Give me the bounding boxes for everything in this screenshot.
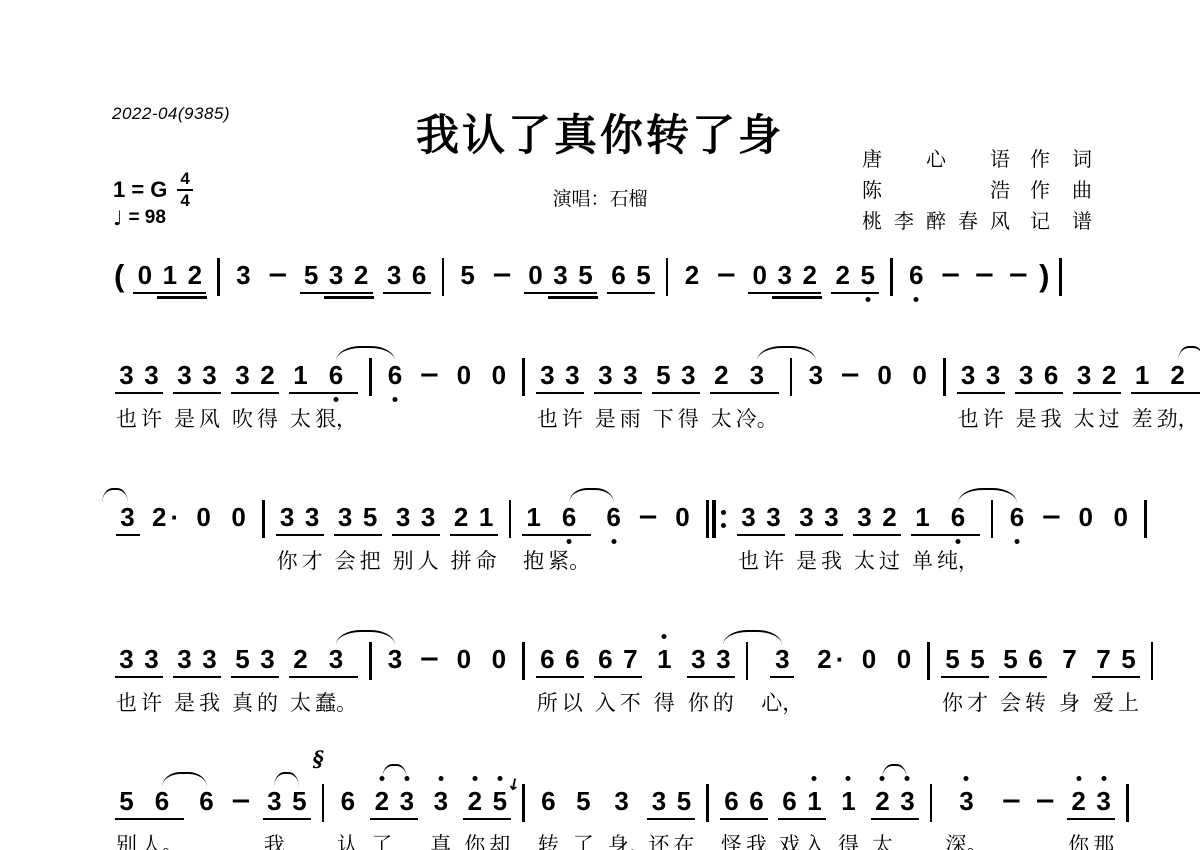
tie-arc [1178,346,1200,361]
note: 6入 [593,644,618,716]
note: 5↓却 [487,786,512,850]
note: 3还 [646,786,671,850]
note-digit: 2 [875,786,889,816]
note-digit: 6 [909,260,923,290]
note-digit: 6 [541,786,555,816]
note: 3蠢。 [313,644,359,716]
beam-group: 3吹2得 [230,360,280,432]
note: 6 [904,260,929,290]
note: 6戏 [777,786,802,850]
repeat-dot [721,523,726,528]
lyric: 也 [116,406,137,432]
beam-group: 3是3我 [172,644,222,716]
note-digit: 2 [454,502,468,532]
note: 6以 [560,644,585,716]
lyric: 差 [1132,406,1153,432]
credit-name-char: 醉 [926,205,946,234]
note-digit: 1 [1135,360,1149,390]
note: 6转 [536,786,561,850]
beam-group: 3是3雨 [593,360,643,432]
note-digit: 1 [163,260,177,290]
note: 3许 [981,360,1006,432]
lyric: 爱 [1093,690,1114,716]
lyric: 心， [761,690,803,716]
note-digit: 3 [777,260,791,290]
note-digit: 3 [799,502,813,532]
note: 3是 [172,360,197,432]
note-digit: 5 [1003,644,1017,674]
beam-group: 6戏1入 [777,786,827,850]
beam-group: 1抱6紧。 [521,502,592,574]
note-digit: 3 [691,644,705,674]
barline [369,642,372,680]
tie-arc [162,772,207,787]
note-digit: 6 [329,360,343,390]
lyric: 不 [620,690,641,716]
lyric: 过 [1099,406,1120,432]
barline [262,500,265,538]
note: 5在 [671,786,696,850]
beam-group: 25 [830,260,880,290]
octave-dot-above [662,634,667,639]
lyric: 得 [678,406,699,432]
note: 1得 [652,644,677,716]
note: 1差 [1130,360,1155,432]
rest-note: 0 [907,360,932,390]
note-digit: 6 [606,502,620,532]
barline [1059,258,1062,296]
lyric: 我 [746,832,767,850]
note: 6 [606,260,631,290]
note: 5 [455,260,480,290]
sixteenth-beam: 32 [772,260,822,290]
octave-dot-above [438,776,443,781]
lyric: 你 [464,832,485,850]
barline [746,642,749,680]
beam-group: 2你3那 [1066,786,1116,850]
lyric: 也 [738,548,759,574]
credit-name-char: 浩 [990,174,1010,203]
beam-group: 5别6人。 [114,786,185,850]
note-digit: 3 [119,644,133,674]
note: 3的 [255,644,280,716]
note-digit: 1 [657,644,671,674]
beam-group: 7爱5上 [1091,644,1141,716]
note-digit: 3 [540,360,554,390]
note-digit: 3 [329,260,343,290]
lyric: 人 [418,548,439,574]
score: (0123−532365−035652−032256−−−)3也3许3是3风3吹… [110,238,1200,850]
note: 6所 [535,644,560,716]
lyric: 太 [290,406,311,432]
barline [790,358,793,396]
note: 1得 [836,786,861,850]
note: 3我 [197,644,222,716]
score-line: 3也3许3是3风3吹2得1太6狠，6−003也3许3是3雨5下3得2太3冷。3−… [110,338,1200,432]
key-label: 1 = G [113,177,167,203]
barline [217,258,220,296]
rest-note: 0 [451,360,476,390]
beam-group: 012 [132,260,207,290]
note: 1单 [910,502,935,574]
note: 6转 [1023,644,1048,716]
credit-name: 唐心语 [862,143,1010,172]
lyric: 却 [489,832,510,850]
lyric: 认 [337,832,358,850]
lyric: 别 [116,832,137,850]
repeat-dots [721,500,726,538]
note-digit: 3 [177,360,191,390]
tempo-marking: ♩ = 98 [113,206,166,230]
lyric: 风 [199,406,220,432]
note: 2太 [870,786,895,850]
barline [369,358,372,396]
note: 3是 [172,644,197,716]
lyric: 身, [608,832,636,850]
rest-note: 0 [132,260,157,290]
beam-group: 3也3许 [956,360,1006,432]
note: 6我 [1039,360,1064,432]
lyric: 许 [763,548,784,574]
barline [890,258,893,296]
note: 2拼 [449,502,474,574]
note: 3的 [711,644,736,716]
credit-name-char: 唐 [862,143,882,172]
lyric: 我 [821,548,842,574]
time-signature-denominator: 4 [180,191,189,210]
note-digit: 6 [341,786,355,816]
note: 3也 [736,502,761,574]
note: 5才 [965,644,990,716]
note: 3冷。 [734,360,780,432]
note-digit: 5 [970,644,984,674]
lyric: 入 [595,690,616,716]
note-digit: 2 [882,502,896,532]
note: 7身 [1057,644,1082,716]
tie-arc [723,630,782,645]
note: 6 [601,502,626,532]
note: 3 [383,644,408,674]
note: 1命 [474,502,499,574]
beam-group: 3你3才 [275,502,325,574]
lyric: 所 [537,690,558,716]
note: 3身, [606,786,638,850]
octave-dot-below [865,297,870,302]
note-digit: 2 [1102,360,1116,390]
octave-dot-above [472,776,477,781]
beam-group: 5你5才 [940,644,990,716]
note: 5了 [571,786,596,850]
tie-arc [882,764,907,779]
duration-dash: − [1040,502,1062,532]
tie-arc [382,764,407,779]
octave-dot-below [611,539,616,544]
note-digit: 3 [824,502,838,532]
note-digit: 2 [188,260,202,290]
lyric: 转 [1025,690,1046,716]
note-digit: 6 [565,644,579,674]
lyric: 把 [360,548,381,574]
note: 1入 [802,786,827,850]
note-digit: 3 [614,786,628,816]
lyric: 会 [1000,690,1021,716]
note-digit: 2 [260,360,274,390]
note: 3人 [416,502,441,574]
parenthesis: ( [114,260,124,292]
rest-note: 0 [523,260,548,290]
lyric: 太 [711,406,732,432]
beam-group: 1差2劲， [1130,360,1200,432]
note-digit: 0 [138,260,152,290]
lyric: 我 [264,832,285,850]
note-digit: 3 [120,502,134,532]
note-digit: 5 [1121,644,1135,674]
barline [509,500,512,538]
note-digit: 7 [623,644,637,674]
lyric: 人。 [141,832,183,850]
credits: 唐心语作词陈浩作曲桃李醉春风记谱 [862,142,1092,235]
note-digit: 5 [578,260,592,290]
note: 3 [115,502,140,532]
credit-role-char: 作 [1030,143,1050,172]
note-digit: 0 [492,360,506,390]
credit-role: 记谱 [1030,205,1092,234]
note-digit: 3 [716,644,730,674]
beam-group: 532 [299,260,374,290]
note: 5真 [230,644,255,716]
note-digit: 6 [598,644,612,674]
note: 3是 [593,360,618,432]
note-digit: 3 [267,786,281,816]
note-digit: 3 [766,502,780,532]
note-digit: 3 [623,360,637,390]
repeat-thick-line [706,500,710,538]
quarter-note-icon: ♩ [113,206,122,230]
segno-icon: § [313,748,324,769]
note: 2得 [255,360,280,432]
notes-row: 3也3许3是3我5真3的2太3蠢。3−006所6以6入7不1得3你3的3心，2·… [110,644,1159,716]
note-digit: 5 [119,786,133,816]
note: 3许 [139,644,164,716]
note: 3 [548,260,573,290]
note-digit: 3 [1077,360,1091,390]
note-digit: 3 [236,260,250,290]
lyric: 下 [653,406,674,432]
lyric: 才 [302,548,323,574]
parenthesis: ) [1039,260,1049,292]
note: 6纯， [935,502,981,574]
note: 2太 [709,360,734,432]
note: 5上 [1116,644,1141,716]
note-digit: 2 [293,644,307,674]
lyric: 也 [958,406,979,432]
lyric: 蠢。 [315,690,357,716]
beam-group: 36 [382,260,432,290]
beam-group: 3是3风 [172,360,222,432]
lyric: 会 [335,548,356,574]
duration-dash: − [974,260,996,290]
notes-row: 5别6人。6−3我5§6认2了33真2你5↓却6转5了3身,3还5在6怪6我6戏… [110,786,1135,850]
lyric: 许 [141,406,162,432]
note-digit: 2 [1071,786,1085,816]
note: 2 [830,260,855,290]
note: 3我 [819,502,844,574]
note: 5 [287,786,312,816]
time-signature-numerator: 4 [177,170,192,191]
rest-note: 0 [1073,502,1098,532]
lyric: 以 [562,690,583,716]
note: 3我 [262,786,287,850]
note: 3才 [300,502,325,574]
credit-name: 陈浩 [862,174,1010,203]
beam-group: 3别3人 [391,502,441,574]
score-line: 32·003你3才3会5把3别3人2拼1命1抱6紧。6−03也3许3是3我3太2… [110,480,1200,574]
octave-dot-below [334,397,339,402]
note: 5把 [358,502,383,574]
lyric: 在 [673,832,694,850]
note: 3许 [761,502,786,574]
note: 3雨 [618,360,643,432]
octave-dot-below [393,397,398,402]
beam-group: 6所6以 [535,644,585,716]
barline [930,784,933,822]
lyric: 冷。 [736,406,778,432]
note: 1 [157,260,182,290]
note: 6 [194,786,219,816]
note-digit: 3 [900,786,914,816]
beam-group: 035 [523,260,598,290]
note-digit: 3 [741,502,755,532]
lyric: 是 [1016,406,1037,432]
tie-arc [569,488,614,503]
lyric: 太 [872,832,893,850]
note: 5下 [651,360,676,432]
lyric: 深。 [945,832,987,850]
note: 5会 [998,644,1023,716]
barline: § [322,784,325,822]
lyric: 命 [476,548,497,574]
note-digit: 6 [1028,644,1042,674]
lyric: 是 [796,548,817,574]
octave-dot-above [1101,776,1106,781]
note-digit: 0 [912,360,926,390]
note: 3那 [1091,786,1116,850]
lyric: 得 [654,690,675,716]
barline [1126,784,1129,822]
note: 3你 [686,644,711,716]
duration-dash: − [267,260,289,290]
barline [1144,500,1147,538]
note-digit: 5 [460,260,474,290]
note-digit: 6 [611,260,625,290]
note: 3 [324,260,349,290]
notes-row: 32·003你3才3会5把3别3人2拼1命1抱6紧。6−03也3许3是3我3太2… [110,502,1153,574]
note-digit: 3 [652,786,666,816]
lyric: 还 [648,832,669,850]
notes-row: 3也3许3是3风3吹2得1太6狠，6−003也3许3是3雨5下3得2太3冷。3−… [110,360,1200,432]
note-digit: 1 [807,786,821,816]
barline [706,784,709,822]
note-digit: 3 [565,360,579,390]
credit-role: 作曲 [1030,174,1092,203]
note: 2 [797,260,822,290]
note: 7不 [618,644,643,716]
duration-dash: − [491,260,513,290]
note-digit: 3 [553,260,567,290]
note: 3是 [794,502,819,574]
octave-dot-above [497,776,502,781]
note-digit: 3 [388,644,402,674]
rest-note: 0 [486,360,511,390]
note-digit: 0 [1114,502,1128,532]
beam-group: 3会5把 [333,502,383,574]
score-line: (0123−532365−035652−032256−−−) [110,238,1200,296]
note-digit: 2 [714,360,728,390]
credit-role-char: 作 [1030,174,1050,203]
note-digit: 3 [400,786,414,816]
lyric: 上 [1118,690,1139,716]
octave-dot-below [955,539,960,544]
credit-role-char: 词 [1072,143,1092,172]
note: 2 [182,260,207,290]
tie-arc [336,346,395,361]
note: 2了 [369,786,394,850]
note-digit: 1 [526,502,540,532]
note-digit: 3 [305,502,319,532]
duration-dash: − [419,644,441,674]
duration-dash: − [715,260,737,290]
note: 5你 [940,644,965,716]
note-digit: 2 [375,786,389,816]
credit-name-char: 语 [990,143,1010,172]
note: 2· [150,502,181,532]
note: 6 [407,260,432,290]
beam-group: 2太3蠢。 [288,644,359,716]
note-digit: 2 [835,260,849,290]
lyric: 吹 [232,406,253,432]
note-digit: 5 [656,360,670,390]
lyric: 那 [1093,832,1114,850]
note: 2 [679,260,704,290]
octave-dot-below [1014,539,1019,544]
lyric: 别 [393,548,414,574]
note: 3是 [1014,360,1039,432]
beam-group: 3你3的 [686,644,736,716]
note: 2你 [1066,786,1091,850]
tie-arc [958,488,1017,503]
note: 2· [815,644,846,674]
lyric: 太 [290,690,311,716]
rest-note: 0 [226,502,251,532]
note-digit: 3 [338,502,352,532]
note: 6认 [335,786,360,850]
duration-dash: − [637,502,659,532]
note-digit: 0 [897,644,911,674]
beam-group: 5下3得 [651,360,701,432]
lyric: 我 [199,690,220,716]
beam-group: 3我5 [262,786,312,850]
lyric: 你 [277,548,298,574]
note-digit: 6 [540,644,554,674]
score-line: 5别6人。6−3我5§6认2了33真2你5↓却6转5了3身,3还5在6怪6我6戏… [110,764,1200,850]
lyric: 是 [595,406,616,432]
barline [522,358,525,396]
octave-dot-above [812,776,817,781]
credit-name-char: 心 [926,143,946,172]
note-digit: 1 [915,502,929,532]
note-digit: 2 [685,260,699,290]
duration-dash: − [1034,786,1056,816]
